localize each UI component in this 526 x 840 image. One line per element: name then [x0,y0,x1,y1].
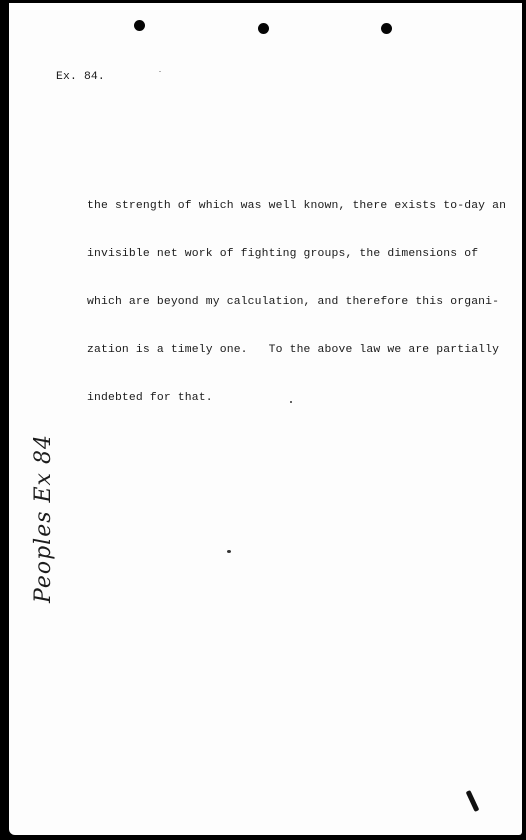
body-line-2: invisible net work of fighting groups, t… [87,242,506,266]
document-page: Ex. 84. the strength of which was well k… [9,3,522,835]
body-line-5: indebted for that. [87,386,506,410]
ink-smudge-mark [466,790,480,812]
body-line-4: zation is a timely one. To the above law… [87,338,506,362]
speck-mark [159,71,161,72]
handwritten-annotation: Peoples Ex 84 [31,403,56,603]
punch-hole-center [258,23,269,34]
body-line-1: the strength of which was well known, th… [87,194,506,218]
handwritten-annotation-container: Peoples Ex 84 [31,438,71,608]
exhibit-label: Ex. 84. [56,71,105,83]
speck-mark [290,401,292,403]
punch-hole-right [381,23,392,34]
body-line-3: which are beyond my calculation, and the… [87,290,506,314]
punch-hole-left [134,20,145,31]
speck-mark [227,550,231,553]
body-text: the strength of which was well known, th… [87,170,506,434]
